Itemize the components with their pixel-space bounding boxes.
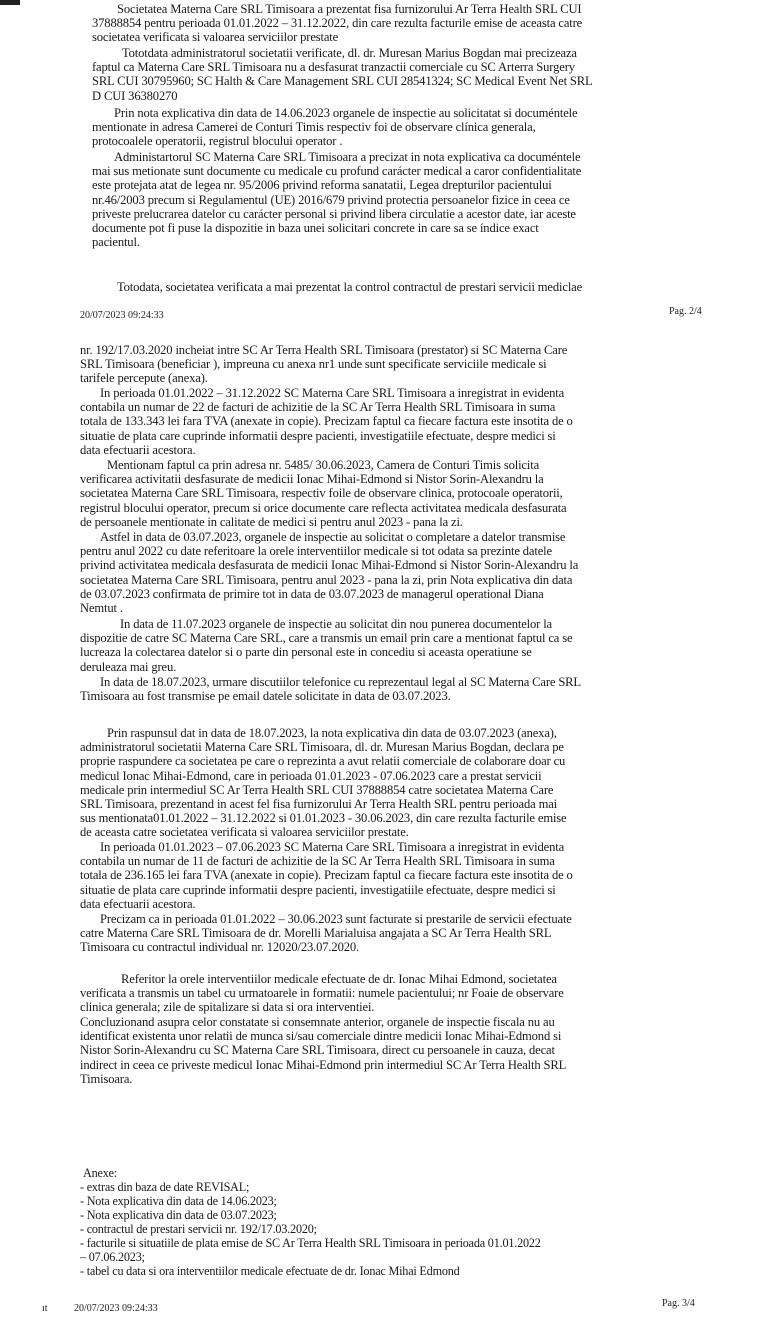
- text-line: administratorul societatii Materna Care …: [80, 740, 694, 754]
- text-line: Concluzionand asupra celor constatate si…: [80, 1015, 694, 1029]
- text-line: societatea Materna Care SRL Timisoara, p…: [80, 573, 694, 587]
- text-line: registrul blocului operator, precum si o…: [80, 501, 694, 515]
- footer-timestamp: 20/07/2023 09:24:33: [80, 310, 164, 321]
- paragraph-confidentialitate: Administartorul SC Materna Care SRL Timi…: [92, 150, 694, 249]
- text-line: Astfel in data de 03.07.2023, organele d…: [80, 530, 694, 544]
- paragraph-completare-date: Astfel in data de 03.07.2023, organele d…: [80, 530, 694, 615]
- annex-item: – 07.06.2023;: [80, 1250, 145, 1264]
- text-line: dispozitie de catre SC Materna Care SRL,…: [80, 631, 694, 645]
- text-line: medicale prin intermediul SC Ar Terra He…: [80, 783, 694, 797]
- text-line: In data de 11.07.2023 organele de inspec…: [80, 617, 694, 631]
- text-line: societatea Materna Care SRL Timisoara, r…: [80, 486, 694, 500]
- text-line: data efectuarii acestora.: [80, 897, 694, 911]
- footer-margin-mark: ıt: [42, 1303, 48, 1314]
- text-line: de persoanele mentionate in calitate de …: [80, 515, 694, 529]
- text-line: Timisoara.: [80, 1072, 694, 1086]
- text-line: Timisoara au fost transmise pe email dat…: [80, 689, 694, 703]
- text-line: nr. 192/17.03.2020 incheiat intre SC Ar …: [80, 343, 694, 357]
- scan-edge-mark: [0, 0, 20, 5]
- text-line: situatie de plata care cuprinde informat…: [80, 883, 694, 897]
- annex-item: - Nota explicativa din data de 03.07.202…: [80, 1208, 277, 1222]
- text-line: verificata a transmis un tabel cu urmato…: [80, 986, 694, 1000]
- text-line: Prin raspunsul dat in data de 18.07.2023…: [80, 726, 694, 740]
- text-line: sus mentionata01.01.2022 – 31.12.2022 si…: [80, 811, 694, 825]
- paragraph-adresa-camera-conturi: Mentionam faptul ca prin adresa nr. 5485…: [80, 458, 694, 529]
- paragraph-concluzie: Concluzionand asupra celor constatate si…: [80, 1015, 694, 1086]
- text-line: este protejata atat de legea nr. 95/2006…: [92, 178, 694, 192]
- text-line: priveste prelucrarea datelor cu carácter…: [92, 207, 694, 221]
- text-line: nr.46/2003 precum si Regulamentul (UE) 2…: [92, 193, 694, 207]
- paragraph-raspuns-administrator: Prin raspunsul dat in data de 18.07.2023…: [80, 726, 694, 840]
- paragraph-administrator: Tototdata administratorul societatii ver…: [92, 46, 694, 103]
- text-line: 37888854 pentru perioada 01.01.2022 – 31…: [92, 16, 694, 30]
- text-line: Tototdata administratorul societatii ver…: [92, 46, 694, 60]
- paragraph-solicitare-11-07: In data de 11.07.2023 organele de inspec…: [80, 617, 694, 674]
- annex-item: - contractul de prestari servicii nr. 19…: [80, 1222, 317, 1236]
- text-line: documente pot fi puse la dispozitie in b…: [92, 221, 694, 235]
- footer-page-number: Pag. 3/4: [662, 1298, 695, 1309]
- text-line: de 03.07.2023 confirmata de primire tot …: [80, 587, 694, 601]
- text-line: protocoalele operatorii, registrul blocu…: [92, 134, 694, 148]
- paragraph-contract-continued: nr. 192/17.03.2020 incheiat intre SC Ar …: [80, 343, 694, 386]
- text-line: Referitor la orele interventiilor medica…: [80, 972, 694, 986]
- text-line: mai sus metionate sunt documente cu medi…: [92, 164, 694, 178]
- text-line: data efectuarii acestora.: [80, 443, 694, 457]
- text-line: contabila un numar de 22 de facturi de a…: [80, 400, 694, 414]
- text-line: pacientul.: [92, 235, 694, 249]
- text-line: medicul Ionac Mihai-Edmond, care in peri…: [80, 769, 694, 783]
- footer-timestamp: 20/07/2023 09:24:33: [74, 1303, 158, 1314]
- text-line: faptul ca Materna Care SRL Timisoara nu …: [92, 60, 694, 74]
- text-line: proprie raspundere ca societatea pe care…: [80, 754, 694, 768]
- text-line: Precizam ca in perioada 01.01.2022 – 30.…: [80, 912, 694, 926]
- paragraph-facturi-2022: In perioada 01.01.2022 – 31.12.2022 SC M…: [80, 386, 694, 457]
- text-line: pentru anul 2022 cu date referitoare la …: [80, 544, 694, 558]
- text-line: Mentionam faptul ca prin adresa nr. 5485…: [80, 458, 694, 472]
- text-line: catre Materna Care SRL Timisoara de dr. …: [80, 926, 694, 940]
- text-line: lucreaza la colectarea datelor si o part…: [80, 645, 694, 659]
- text-line: Totodata, societatea verificata a mai pr…: [80, 280, 700, 294]
- text-line: tarifele percepute (anexa).: [80, 371, 694, 385]
- text-line: totala de 133.343 lei fara TVA (anexate …: [80, 414, 694, 428]
- text-line: totala de 236.165 lei fara TVA (anexate …: [80, 868, 694, 882]
- paragraph-nota-explicativa: Prin nota explicativa din data de 14.06.…: [92, 106, 694, 149]
- text-line: mentionate in adresa Camerei de Conturi …: [92, 120, 694, 134]
- text-line: SRL Timisoara (beneficiar ), impreuna cu…: [80, 357, 694, 371]
- annex-item: - facturile si situatiile de plata emise…: [80, 1236, 541, 1250]
- paragraph-fisa-furnizor: Societatea Materna Care SRL Timisoara a …: [92, 2, 694, 45]
- text-line: identificat existenta unor relatii de mu…: [80, 1029, 694, 1043]
- paragraph-transmitere-18-07: In data de 18.07.2023, urmare discutiilo…: [80, 675, 694, 703]
- text-line: verificarea activitatii desfasurate de m…: [80, 472, 694, 486]
- text-line: contabila un numar de 11 de facturi de a…: [80, 854, 694, 868]
- text-line: Nemtut .: [80, 601, 694, 615]
- text-line: clinica generala; zile de spitalizare si…: [80, 1000, 694, 1014]
- paragraph-contract-start: Totodata, societatea verificata a mai pr…: [80, 280, 700, 294]
- paragraph-facturi-2023: In perioada 01.01.2023 – 07.06.2023 SC M…: [80, 840, 694, 911]
- text-line: Administartorul SC Materna Care SRL Timi…: [92, 150, 694, 164]
- annex-item: - extras din baza de date REVISAL;: [80, 1180, 249, 1194]
- paragraph-orele-interventiilor: Referitor la orele interventiilor medica…: [80, 972, 694, 1015]
- text-line: Timisoara cu contractul individual nr. 1…: [80, 940, 694, 954]
- annex-item: - Nota explicativa din data de 14.06.202…: [80, 1194, 277, 1208]
- text-line: de aceasta catre societatea verificata s…: [80, 825, 694, 839]
- footer-page-number: Pag. 2/4: [669, 306, 702, 317]
- annexes-heading: Anexe:: [83, 1166, 117, 1180]
- text-line: deruleaza mai greu.: [80, 660, 694, 674]
- text-line: situatie de plata care cuprinde informat…: [80, 429, 694, 443]
- text-line: indirect in ceea ce priveste medicul Ion…: [80, 1058, 694, 1072]
- text-line: Societatea Materna Care SRL Timisoara a …: [92, 2, 694, 16]
- text-line: In perioada 01.01.2023 – 07.06.2023 SC M…: [80, 840, 694, 854]
- text-line: In data de 18.07.2023, urmare discutiilo…: [80, 675, 694, 689]
- text-line: privind activitatea medicala desfasurata…: [80, 558, 694, 572]
- text-line: SRL CUI 30795960; SC Halth & Care Manage…: [92, 74, 694, 88]
- text-line: Prin nota explicativa din data de 14.06.…: [92, 106, 694, 120]
- text-line: Nistor Sorin-Alexandru cu SC Materna Car…: [80, 1043, 694, 1057]
- annex-item: - tabel cu data si ora interventiilor me…: [80, 1264, 460, 1278]
- text-line: D CUI 36380270: [92, 89, 694, 103]
- text-line: In perioada 01.01.2022 – 31.12.2022 SC M…: [80, 386, 694, 400]
- text-line: societatea verificata si valoarea servic…: [92, 30, 694, 44]
- text-line: SRL Timisoara, prezentand in acest fel f…: [80, 797, 694, 811]
- paragraph-morelli: Precizam ca in perioada 01.01.2022 – 30.…: [80, 912, 694, 955]
